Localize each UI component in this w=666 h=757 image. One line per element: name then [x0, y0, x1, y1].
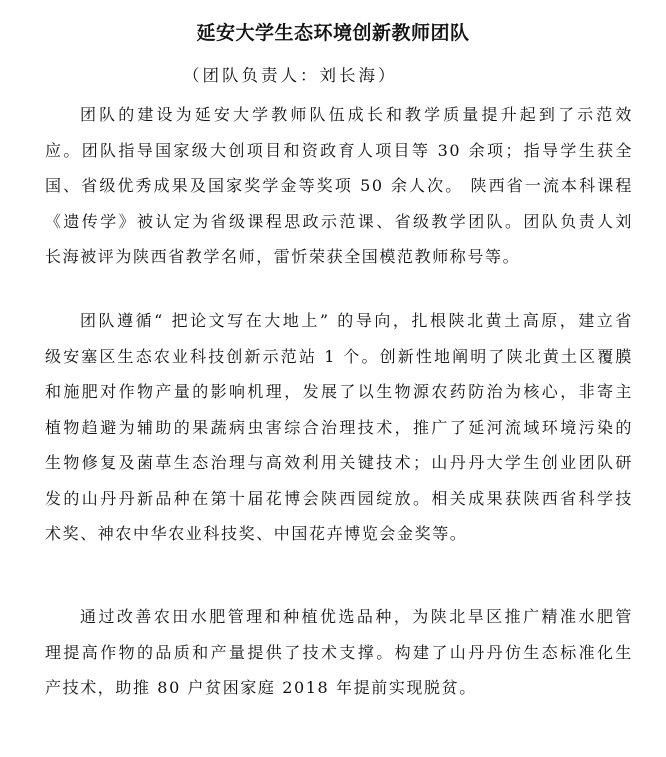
text-line: 应。团队指导国家级大创项目和资政育人项目等 30 余项；指导学生获全: [45, 133, 633, 169]
document-subtitle: （团队负责人：刘长海）: [183, 62, 398, 86]
document-title: 延安大学生态环境创新教师团队: [0, 18, 666, 45]
text-line: 生物修复及菌草生态治理与高效利用关键技术；山丹丹大学生创业团队研: [45, 445, 633, 481]
paragraph-research: 团队遵循“ 把论文写在大地上” 的导向，扎根陕北黄土高原，建立省 级安塞区生态农…: [45, 303, 633, 552]
text-line: 国、省级优秀成果及国家奖学金等奖项 50 余人次。 陕西省一流本科课程: [45, 168, 633, 204]
text-line: 团队的建设为延安大学教师队伍成长和教学质量提升起到了示范效: [45, 97, 633, 133]
text-line: 《遗传学》被认定为省级课程思政示范课、省级教学团队。团队负责人刘: [45, 204, 633, 240]
text-line: 团队遵循“ 把论文写在大地上” 的导向，扎根陕北黄土高原，建立省: [45, 303, 633, 339]
text-line: 和施肥对作物产量的影响机理，发展了以生物源农药防治为核心，非寄主: [45, 374, 633, 410]
text-line: 理提高作物的品质和产量提供了技术支撑。构建了山丹丹仿生态标准化生: [45, 635, 633, 671]
text-line: 术奖、神农中华农业科技奖、中国花卉博览会金奖等。: [45, 516, 633, 552]
text-line: 植物趋避为辅助的果蔬病虫害综合治理技术，推广了延河流域环境污染的: [45, 410, 633, 446]
text-line: 级安塞区生态农业科技创新示范站 1 个。创新性地阐明了陕北黄土区覆膜: [45, 339, 633, 375]
text-line: 发的山丹丹新品种在第十届花博会陕西园绽放。相关成果获陕西省科学技: [45, 481, 633, 517]
paragraph-poverty-alleviation: 通过改善农田水肥管理和种植优选品种，为陕北旱区推广精准水肥管 理提高作物的品质和…: [45, 599, 633, 706]
paragraph-team-building: 团队的建设为延安大学教师队伍成长和教学质量提升起到了示范效 应。团队指导国家级大…: [45, 97, 633, 275]
text-line: 通过改善农田水肥管理和种植优选品种，为陕北旱区推广精准水肥管: [45, 599, 633, 635]
text-line: 产技术，助推 80 户贫困家庭 2018 年提前实现脱贫。: [45, 670, 633, 706]
text-line: 长海被评为陕西省教学名师，雷忻荣获全国模范教师称号等。: [45, 239, 633, 275]
